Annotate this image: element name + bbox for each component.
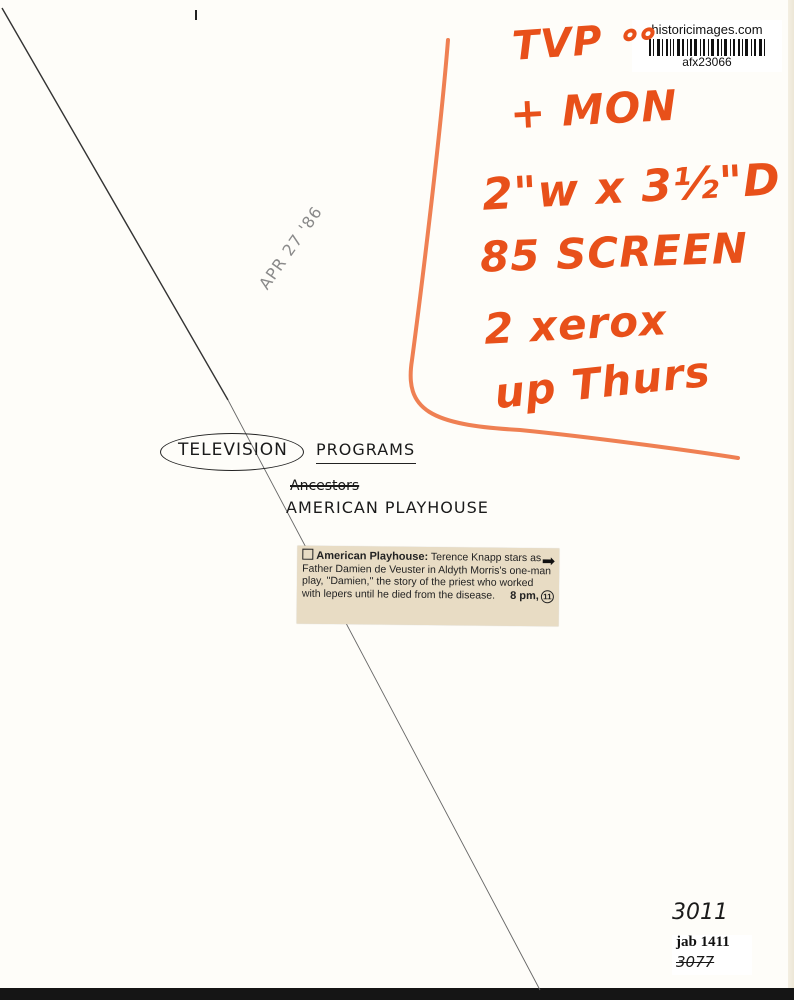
channel-badge: 11: [541, 591, 554, 604]
subject-american-playhouse: AMERICAN PLAYHOUSE: [286, 498, 489, 517]
handwritten-number: 3011: [672, 900, 728, 925]
category-programs: PROGRAMS: [316, 440, 416, 464]
printed-code: jab 1411: [676, 934, 730, 951]
category-television: TELEVISION: [178, 440, 288, 460]
grease-note-mon: + MON: [509, 81, 679, 139]
grease-note-xerox: 2 xerox: [483, 295, 668, 354]
newspaper-clipping: American Playhouse: Terence Knapp stars …: [297, 546, 560, 627]
grease-note-screen: 85 SCREEN: [479, 223, 749, 281]
clipping-title: American Playhouse:: [316, 550, 428, 563]
handwritten-scrawl: 3077: [676, 953, 714, 971]
arrow-right-icon: ➡: [542, 556, 556, 569]
paper-right-edge: [788, 0, 794, 988]
scan-bottom-edge: [0, 988, 794, 1000]
barcode-site-text: historicimages.com: [632, 22, 782, 38]
pencil-tick-mark: [195, 10, 197, 20]
grease-note-tvp: TVP ॰॰: [510, 7, 655, 72]
checkbox-icon: [302, 549, 313, 560]
crossed-out-word: Ancestors: [290, 478, 359, 494]
airtime-text: 8 pm,: [510, 590, 539, 602]
barcode-icon: [649, 39, 765, 56]
